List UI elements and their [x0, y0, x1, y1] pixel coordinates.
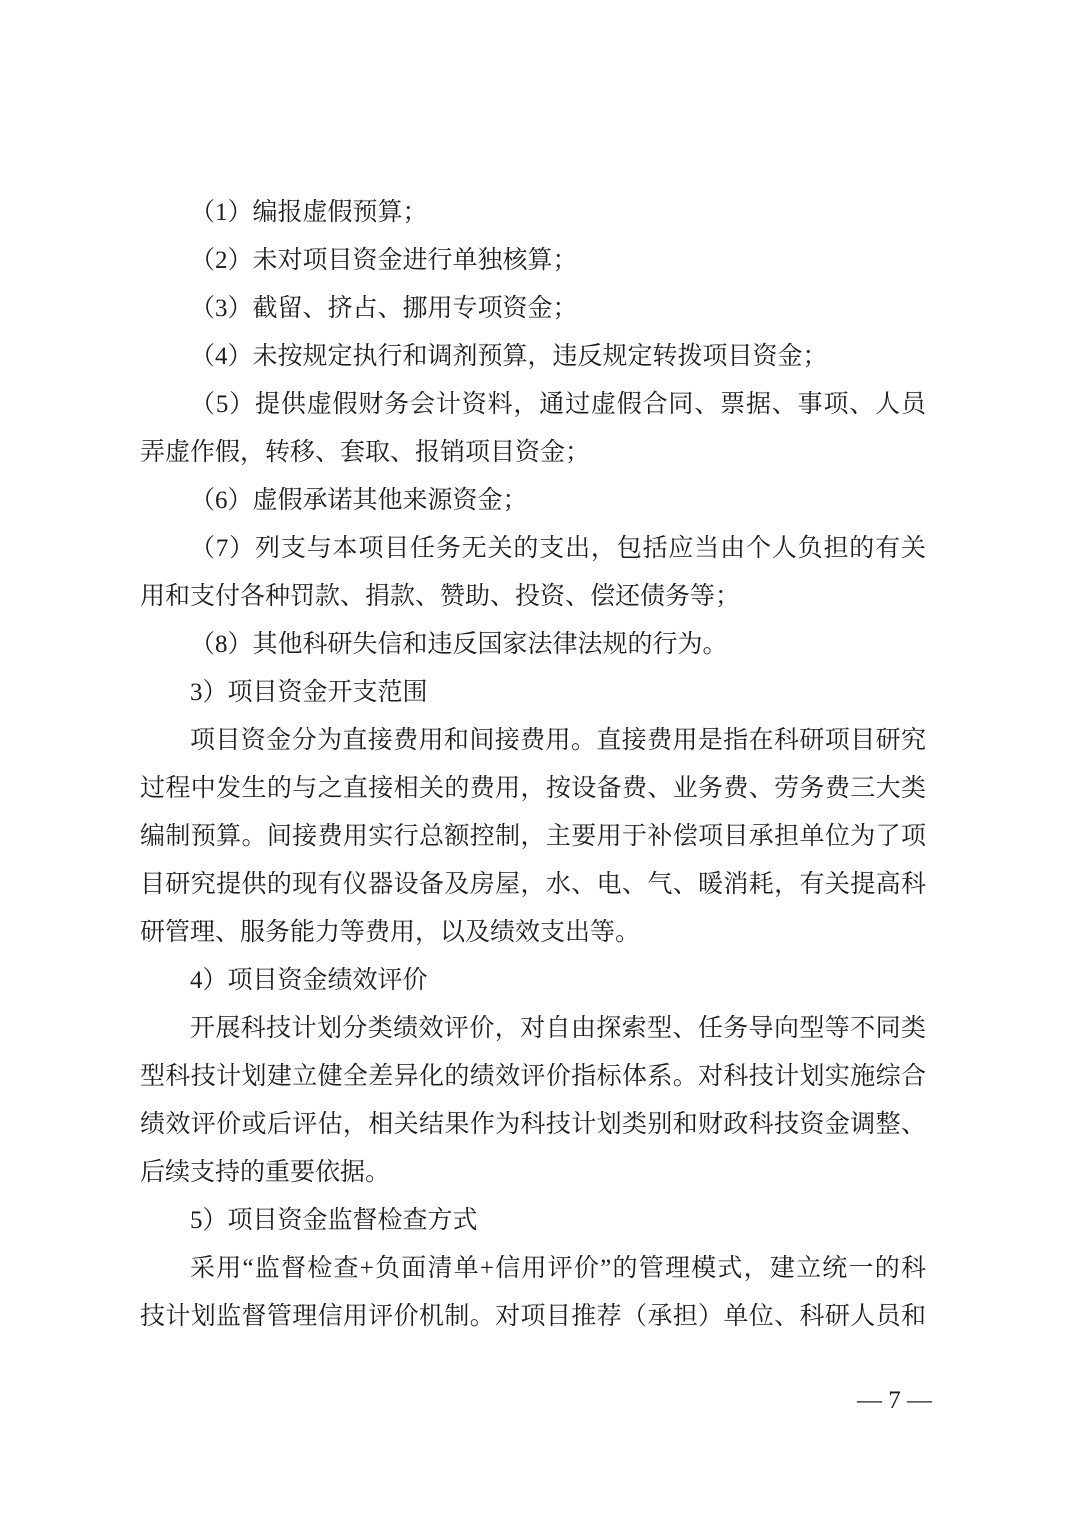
list-item-1: （1）编报虚假预算； [140, 189, 926, 237]
paragraph-line: 目研究提供的现有仪器设备及房屋，水、电、气、暖消耗，有关提高科 [140, 861, 926, 909]
list-item-7-line-2: 用和支付各种罚款、捐款、赞助、投资、偿还债务等； [140, 573, 926, 621]
paragraph-line: 过程中发生的与之直接相关的费用，按设备费、业务费、劳务费三大类 [140, 765, 926, 813]
paragraph-line: 编制预算。间接费用实行总额控制，主要用于补偿项目承担单位为了项 [140, 813, 926, 861]
section-heading-4: 4）项目资金绩效评价 [140, 957, 926, 1005]
list-item-5-line-2: 弄虚作假，转移、套取、报销项目资金； [140, 429, 926, 477]
list-item-2: （2）未对项目资金进行单独核算； [140, 237, 926, 285]
list-item-7-line-1: （7）列支与本项目任务无关的支出，包括应当由个人负担的有关费 [140, 525, 926, 573]
paragraph-line: 后续支持的重要依据。 [140, 1149, 926, 1197]
paragraph-line: 研管理、服务能力等费用，以及绩效支出等。 [140, 909, 926, 957]
list-item-6: （6）虚假承诺其他来源资金； [140, 477, 926, 525]
paragraph-line: 技计划监督管理信用评价机制。对项目推荐（承担）单位、科研人员和 [140, 1293, 926, 1341]
paragraph-line: 绩效评价或后评估，相关结果作为科技计划类别和财政科技资金调整、 [140, 1101, 926, 1149]
document-body: （1）编报虚假预算； （2）未对项目资金进行单独核算； （3）截留、挤占、挪用专… [140, 189, 926, 1341]
paragraph-line: 采用“监督检查+负面清单+信用评价”的管理模式，建立统一的科 [140, 1245, 926, 1293]
document-page: （1）编报虚假预算； （2）未对项目资金进行单独核算； （3）截留、挤占、挪用专… [0, 0, 1074, 1520]
section-heading-3: 3）项目资金开支范围 [140, 669, 926, 717]
list-item-8: （8）其他科研失信和违反国家法律法规的行为。 [140, 621, 926, 669]
list-item-4: （4）未按规定执行和调剂预算，违反规定转拨项目资金； [140, 333, 926, 381]
paragraph-line: 型科技计划建立健全差异化的绩效评价指标体系。对科技计划实施综合 [140, 1053, 926, 1101]
list-item-3: （3）截留、挤占、挪用专项资金； [140, 285, 926, 333]
list-item-5-line-1: （5）提供虚假财务会计资料，通过虚假合同、票据、事项、人员等 [140, 381, 926, 429]
section-heading-5: 5）项目资金监督检查方式 [140, 1197, 926, 1245]
page-number: — 7 — [140, 1386, 932, 1416]
paragraph-line: 项目资金分为直接费用和间接费用。直接费用是指在科研项目研究 [140, 717, 926, 765]
paragraph-line: 开展科技计划分类绩效评价，对自由探索型、任务导向型等不同类 [140, 1005, 926, 1053]
